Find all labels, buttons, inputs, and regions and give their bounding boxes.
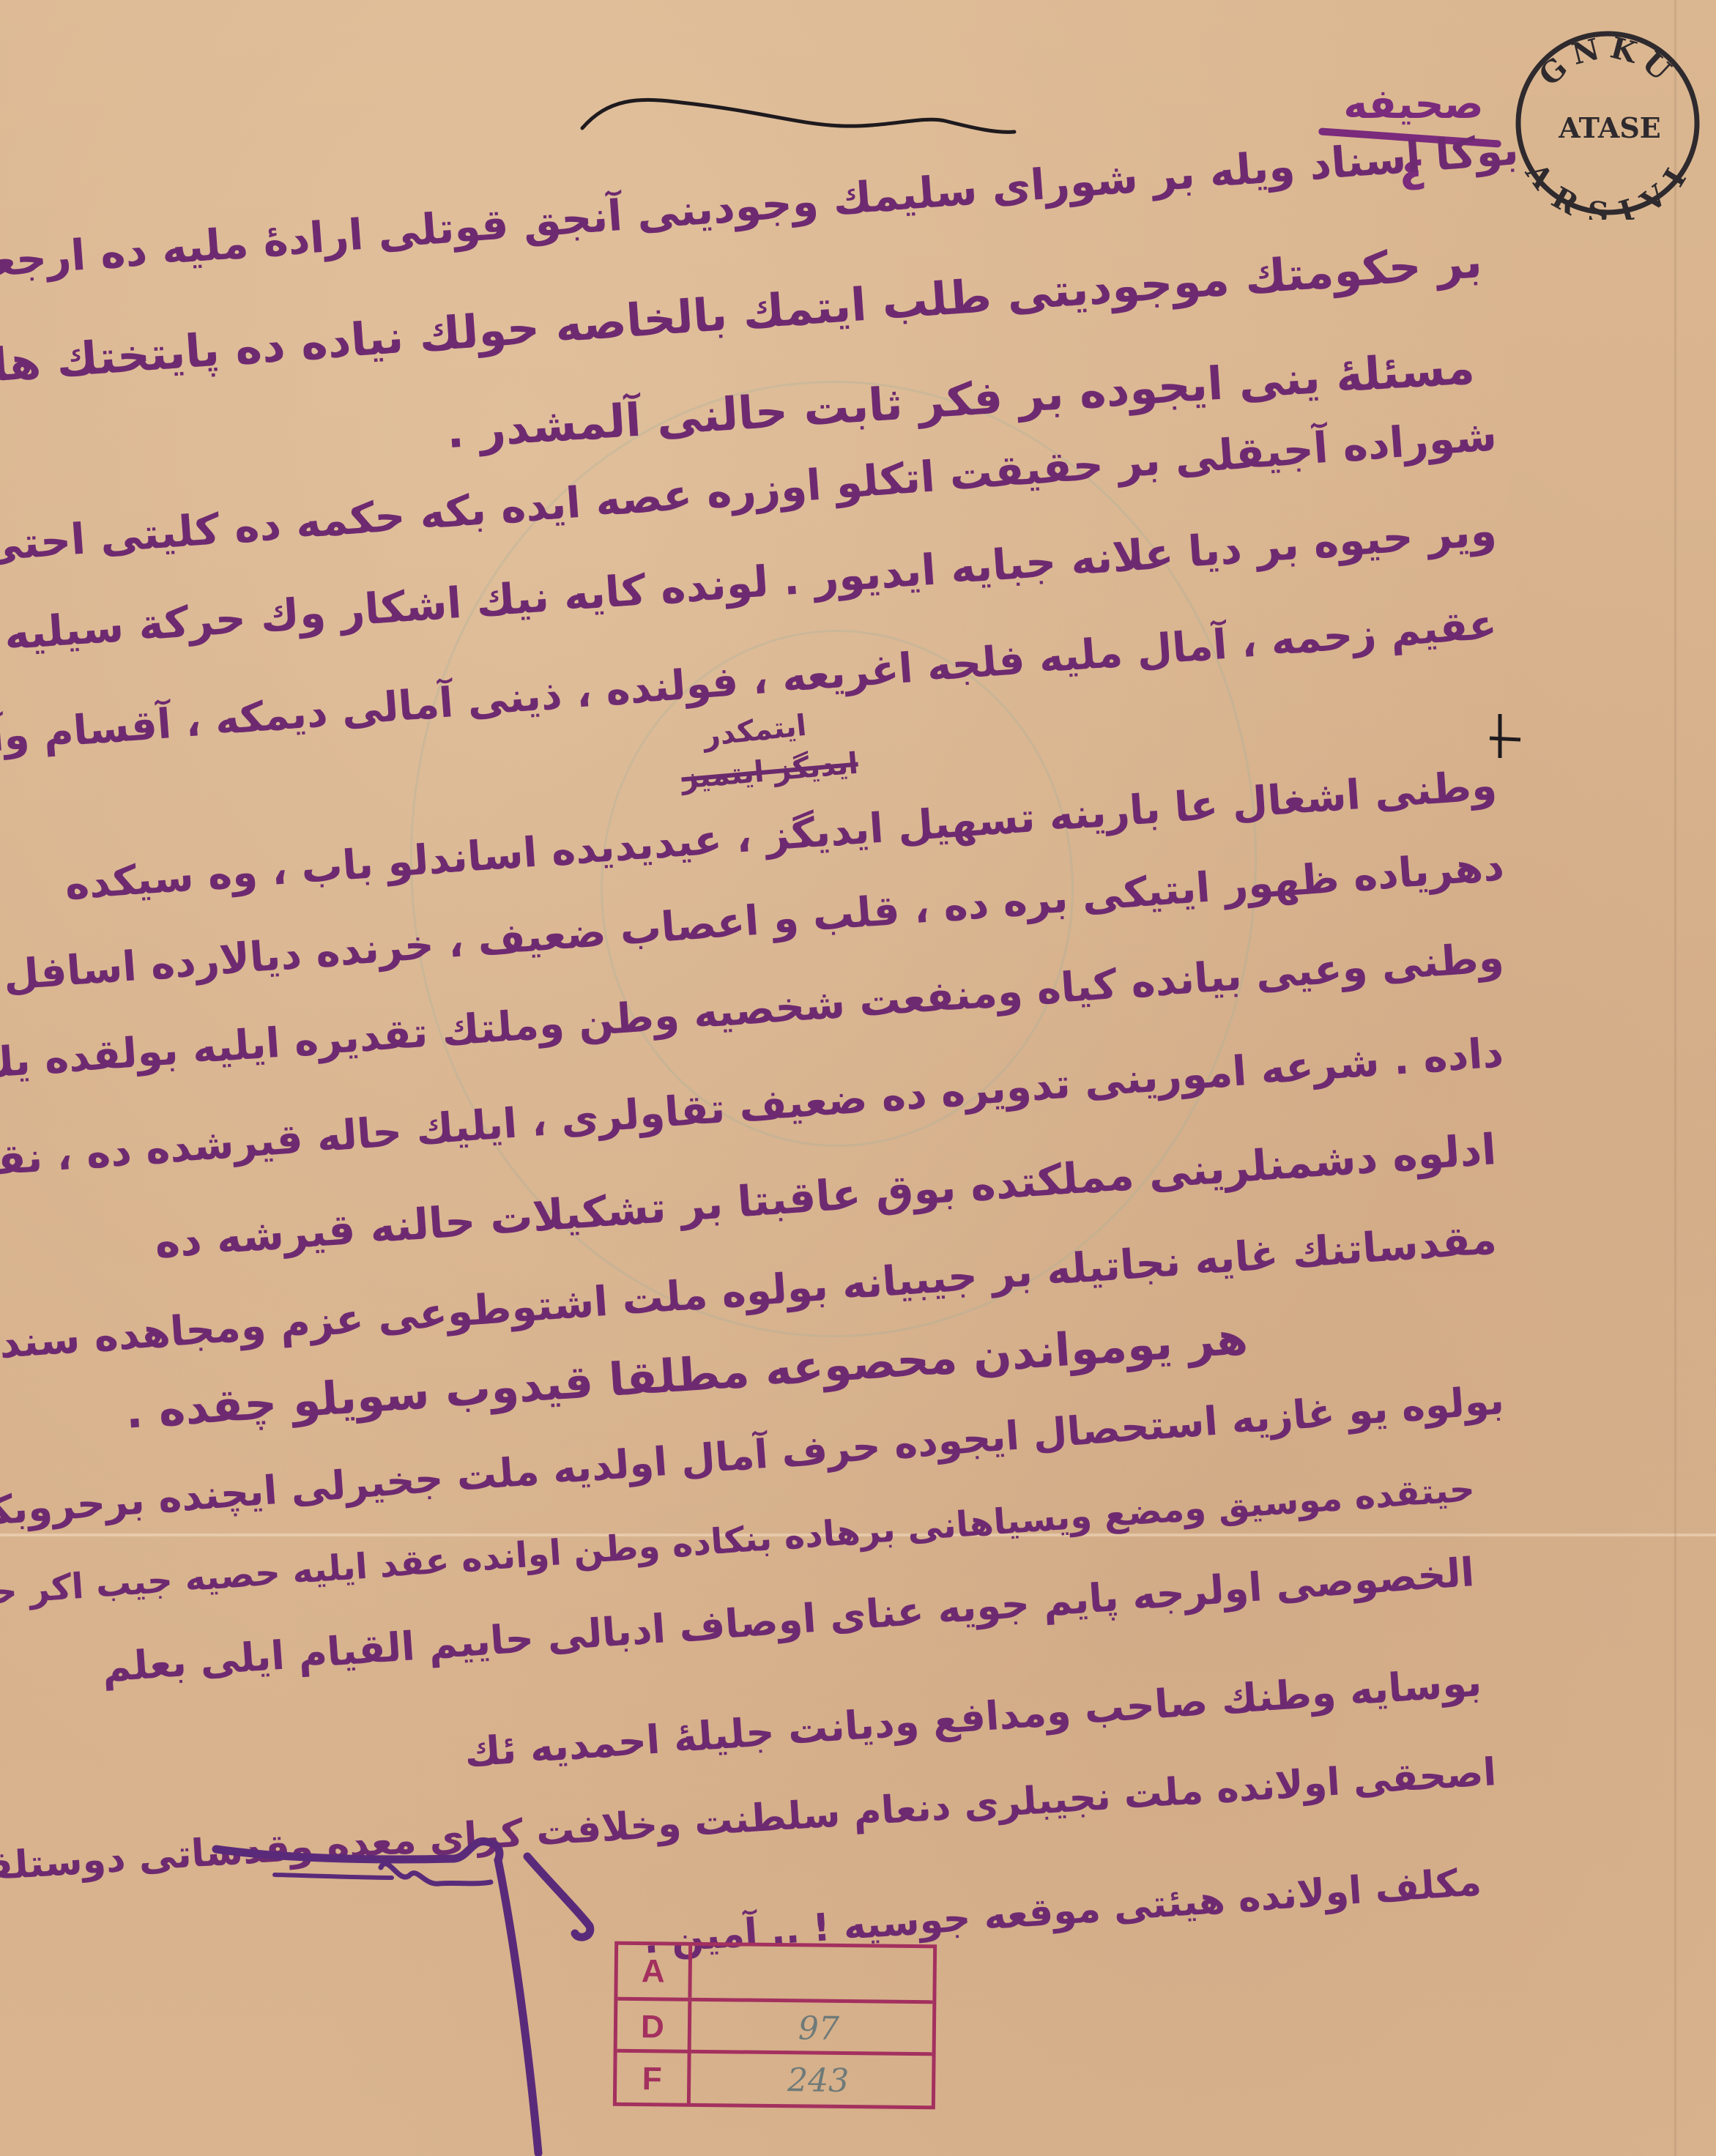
page-label: صحیفه <box>1340 81 1487 128</box>
archive-row-f: F 243 <box>617 2049 932 2108</box>
margin-cross-mark <box>1487 710 1523 762</box>
archive-key: D <box>617 2001 692 2053</box>
stamp-top-text: GNKU <box>1532 30 1682 92</box>
archive-row-a: A <box>617 1945 933 2000</box>
stamp-center-text: ATASE <box>1558 111 1661 144</box>
archive-reference-box: A D 97 F 243 <box>613 1941 937 2110</box>
archive-value <box>705 1946 933 2000</box>
paper-fold-vertical <box>1674 0 1677 2156</box>
archive-key: A <box>617 1945 692 1998</box>
archive-value: 97 <box>705 2001 933 2056</box>
body-line: بوسایه وطنك صاحب ومدافع ودیانت جلیلهٔ اح… <box>463 1659 1483 1776</box>
signature: مصطفی كمال <box>205 1816 615 2156</box>
archive-stamp-atase: GNKU ATASE ARŞIVI <box>1509 22 1706 220</box>
archive-value: 243 <box>705 2053 932 2108</box>
archive-row-d: D 97 <box>617 1997 933 2056</box>
archive-key: F <box>617 2053 691 2105</box>
pen-scribble <box>579 95 1018 154</box>
